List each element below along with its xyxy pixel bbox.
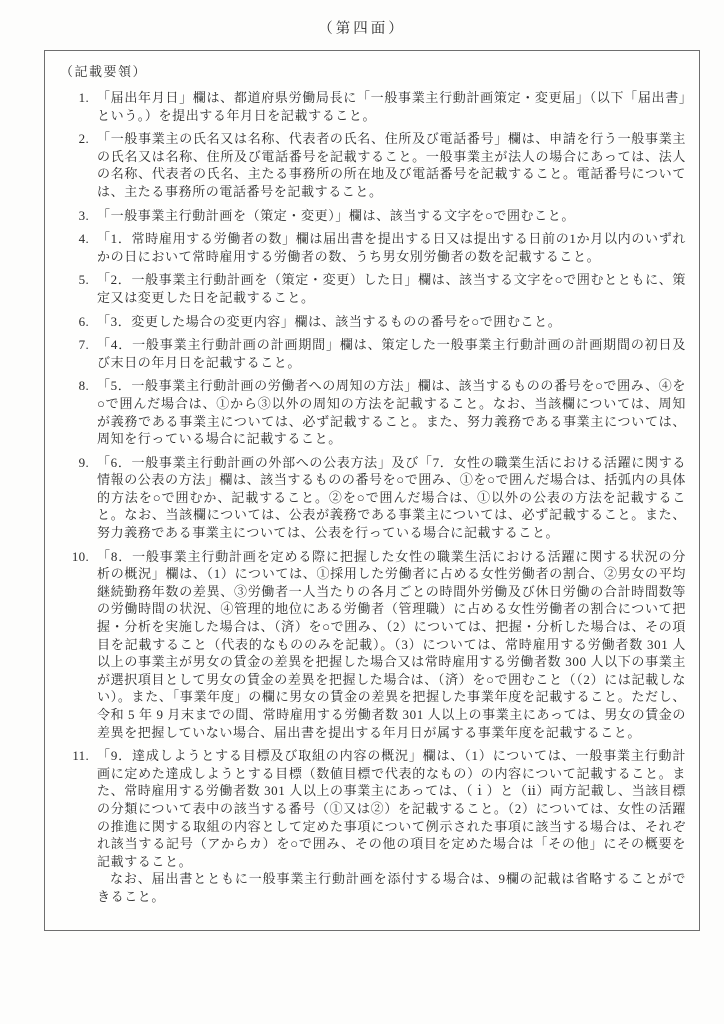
item-text: 「6．一般事業主行動計画の外部への公表方法」及び「7．女性の職業生活における活躍… [97,454,686,542]
item-number: 2. [58,130,89,200]
item-text: 「5．一般事業主行動計画の労働者への周知の方法」欄は、該当するものの番号を○で囲… [97,377,686,447]
page: （第四面） （記載要領） 1. 「届出年月日」欄は、都道府県労働局長に「一般事業… [0,0,724,931]
instruction-item-1: 1. 「届出年月日」欄は、都道府県労働局長に「一般事業主行動計画策定・変更届」（… [58,89,686,124]
item-note: なお、届出書とともに一般事業主行動計画を添付する場合は、9欄の記載は省略すること… [97,870,686,905]
item-number: 11. [58,747,89,905]
item-text: 「9．達成しようとする目標及び取組の内容の概況」欄は、（1）については、一般事業… [97,747,686,870]
instruction-item-4: 4. 「1．常時雇用する労働者の数」欄は届出書を提出する日又は提出する日前の1か… [58,230,686,265]
instruction-item-11: 11. 「9．達成しようとする目標及び取組の内容の概況」欄は、（1）については、… [58,747,686,905]
item-text: 「4．一般事業主行動計画の計画期間」欄は、策定した一般事業主行動計画の計画期間の… [97,336,686,371]
item-text: 「一般事業主の氏名又は名称、代表者の氏名、住所及び電話番号」欄は、申請を行う一般… [97,130,686,200]
item-text: 「一般事業主行動計画を（策定・変更）」欄は、該当する文字を○で囲むこと。 [97,207,686,225]
item-number: 8. [58,377,89,447]
item-number: 7. [58,336,89,371]
instruction-item-2: 2. 「一般事業主の氏名又は名称、代表者の氏名、住所及び電話番号」欄は、申請を行… [58,130,686,200]
sheet-label: （第四面） [0,0,724,37]
item-text: 「1．常時雇用する労働者の数」欄は届出書を提出する日又は提出する日前の1か月以内… [97,230,686,265]
item-number: 9. [58,454,89,542]
instruction-item-7: 7. 「4．一般事業主行動計画の計画期間」欄は、策定した一般事業主行動計画の計画… [58,336,686,371]
instruction-item-6: 6. 「3．変更した場合の変更内容」欄は、該当するものの番号を○で囲むこと。 [58,313,686,331]
instruction-item-8: 8. 「5．一般事業主行動計画の労働者への周知の方法」欄は、該当するものの番号を… [58,377,686,447]
item-text: 「届出年月日」欄は、都道府県労働局長に「一般事業主行動計画策定・変更届」（以下「… [97,89,686,124]
instruction-item-5: 5. 「2．一般事業主行動計画を（策定・変更）した日」欄は、該当する文字を○で囲… [58,271,686,306]
item-number: 6. [58,313,89,331]
instruction-item-9: 9. 「6．一般事業主行動計画の外部への公表方法」及び「7．女性の職業生活におけ… [58,454,686,542]
instructions-heading: （記載要領） [60,61,686,80]
instruction-item-10: 10. 「8．一般事業主行動計画を定める際に把握した女性の職業生活における活躍に… [58,548,686,742]
item-number: 3. [58,207,89,225]
item-number: 10. [58,548,89,742]
item-number: 1. [58,89,89,124]
item-text: 「2．一般事業主行動計画を（策定・変更）した日」欄は、該当する文字を○で囲むとと… [97,271,686,306]
item-text: 「8．一般事業主行動計画を定める際に把握した女性の職業生活における活躍に関する状… [97,548,686,742]
item-number: 4. [58,230,89,265]
instructions-box: （記載要領） 1. 「届出年月日」欄は、都道府県労働局長に「一般事業主行動計画策… [44,50,700,931]
item-number: 5. [58,271,89,306]
item-text: 「3．変更した場合の変更内容」欄は、該当するものの番号を○で囲むこと。 [97,313,686,331]
instruction-item-3: 3. 「一般事業主行動計画を（策定・変更）」欄は、該当する文字を○で囲むこと。 [58,207,686,225]
